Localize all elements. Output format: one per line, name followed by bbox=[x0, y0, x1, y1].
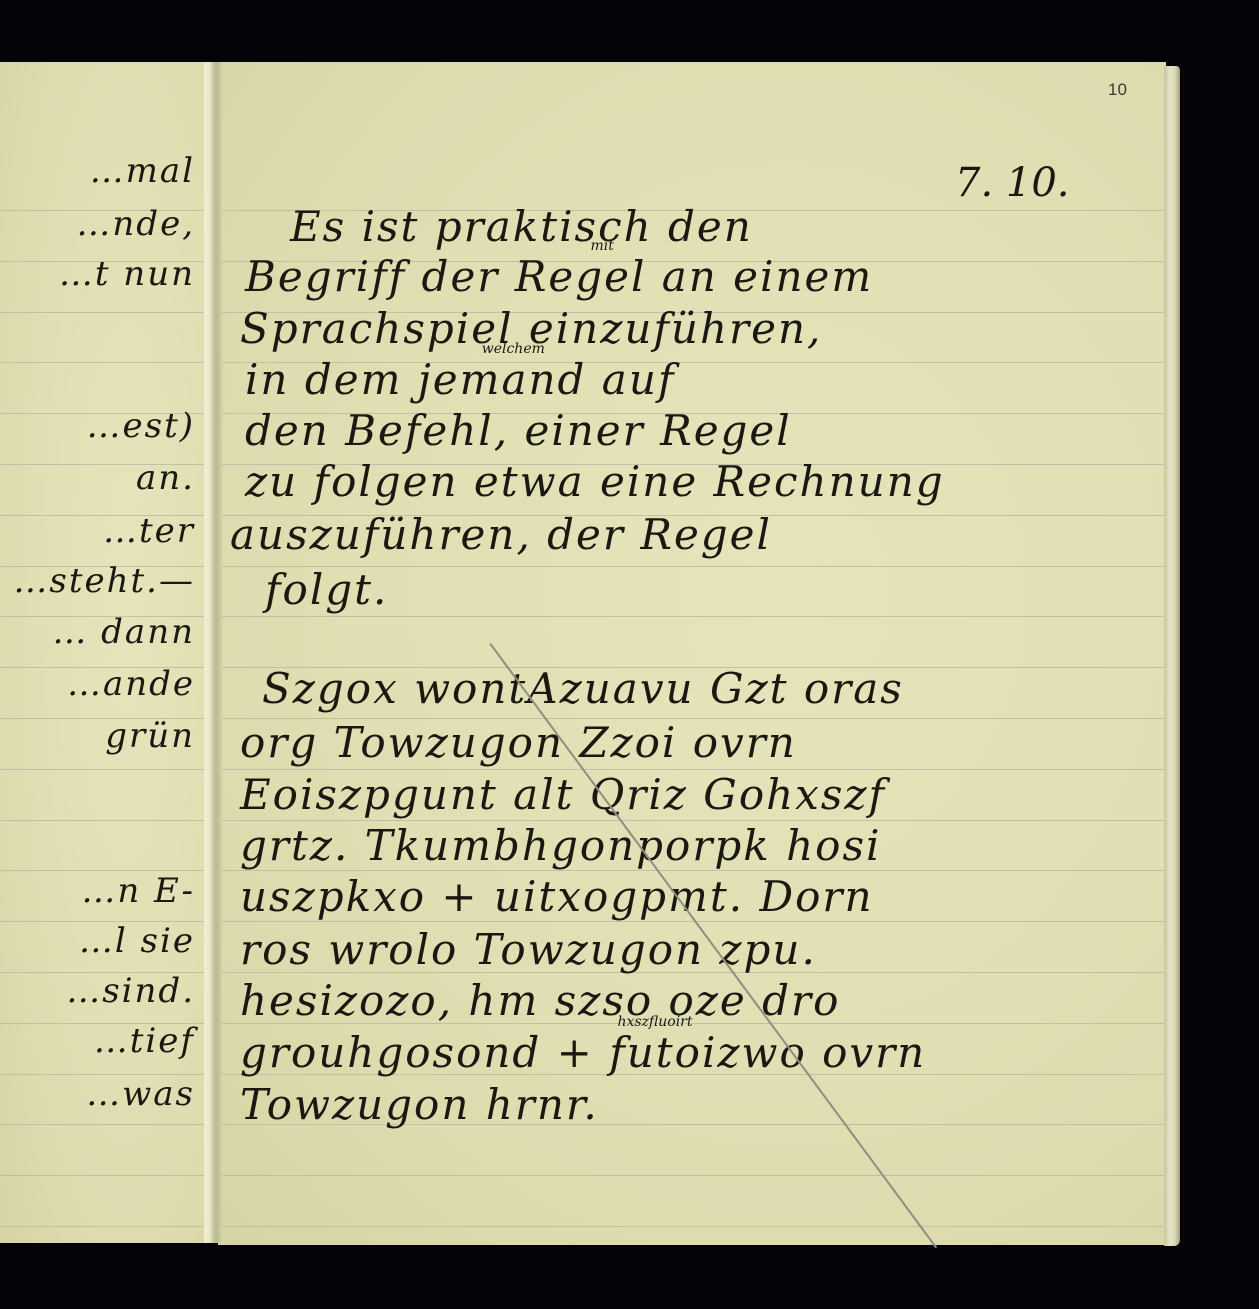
ruled-line bbox=[222, 870, 1164, 871]
ruled-line bbox=[222, 1175, 1164, 1176]
ruled-line bbox=[0, 312, 204, 313]
ruled-line bbox=[222, 1226, 1164, 1227]
handwritten-line: Begriff der Regel an einem bbox=[245, 252, 873, 301]
handwritten-fragment: …ter bbox=[103, 511, 195, 551]
handwritten-line: Es ist praktisch den bbox=[290, 202, 753, 251]
page-number: 10 bbox=[1108, 80, 1127, 100]
ruled-line bbox=[222, 921, 1164, 922]
interlinear-insertion: welchem bbox=[482, 341, 545, 357]
handwritten-line: grtz. Tkumbhgonporpk hosi bbox=[240, 821, 881, 870]
ruled-line bbox=[222, 616, 1164, 617]
handwritten-fragment: …n E- bbox=[81, 871, 195, 911]
handwritten-line: grouhgosond + futoizwo ovrn bbox=[240, 1028, 926, 1077]
page-stack-edge bbox=[1164, 66, 1180, 1246]
handwritten-line: uszpkxo + uitxogpmt. Dorn bbox=[240, 872, 874, 921]
handwritten-fragment: … dann bbox=[52, 612, 195, 652]
handwritten-fragment: …sind. bbox=[66, 971, 195, 1011]
entry-date: 7. 10. bbox=[955, 160, 1070, 206]
handwritten-fragment: …l sie bbox=[79, 921, 195, 961]
handwritten-line: folgt. bbox=[265, 565, 388, 614]
interlinear-insertion: hxszfluoirt bbox=[617, 1014, 692, 1030]
handwritten-fragment: …was bbox=[86, 1074, 195, 1114]
handwritten-line: den Befehl, einer Regel bbox=[245, 406, 792, 455]
handwritten-line: Towzugon hrnr. bbox=[240, 1080, 599, 1129]
ruled-line bbox=[0, 362, 204, 363]
ruled-line bbox=[0, 1175, 204, 1176]
handwritten-fragment: …ande bbox=[67, 664, 195, 704]
ruled-line bbox=[0, 1226, 204, 1227]
ruled-line bbox=[0, 769, 204, 770]
handwritten-line: hesizozo, hm szso oze dro bbox=[240, 976, 840, 1025]
handwritten-fragment: …mal bbox=[90, 151, 195, 191]
handwritten-fragment: …nde, bbox=[76, 204, 195, 244]
handwritten-fragment: grün bbox=[105, 716, 195, 756]
notebook-gutter bbox=[204, 62, 222, 1243]
handwritten-line: org Towzugon Zzoi ovrn bbox=[240, 718, 797, 767]
handwritten-line: Szgox wontAzuavu Gzt oras bbox=[262, 664, 904, 713]
handwritten-fragment: …est) bbox=[87, 406, 196, 446]
handwritten-line: zu folgen etwa eine Rechnung bbox=[245, 457, 945, 506]
handwritten-fragment: an. bbox=[136, 458, 195, 498]
handwritten-line: auszuführen, der Regel bbox=[230, 510, 772, 559]
handwritten-fragment: …tief bbox=[94, 1021, 195, 1061]
handwritten-fragment: …t nun bbox=[59, 254, 195, 294]
handwritten-fragment: …steht.— bbox=[13, 561, 195, 601]
interlinear-insertion: mit bbox=[591, 238, 614, 254]
ruled-line bbox=[0, 1124, 204, 1125]
handwritten-line: in dem jemand auf bbox=[245, 355, 675, 404]
handwritten-line: Eoiszpgunt alt Qriz Gohxszf bbox=[240, 770, 886, 819]
ruled-line bbox=[0, 820, 204, 821]
